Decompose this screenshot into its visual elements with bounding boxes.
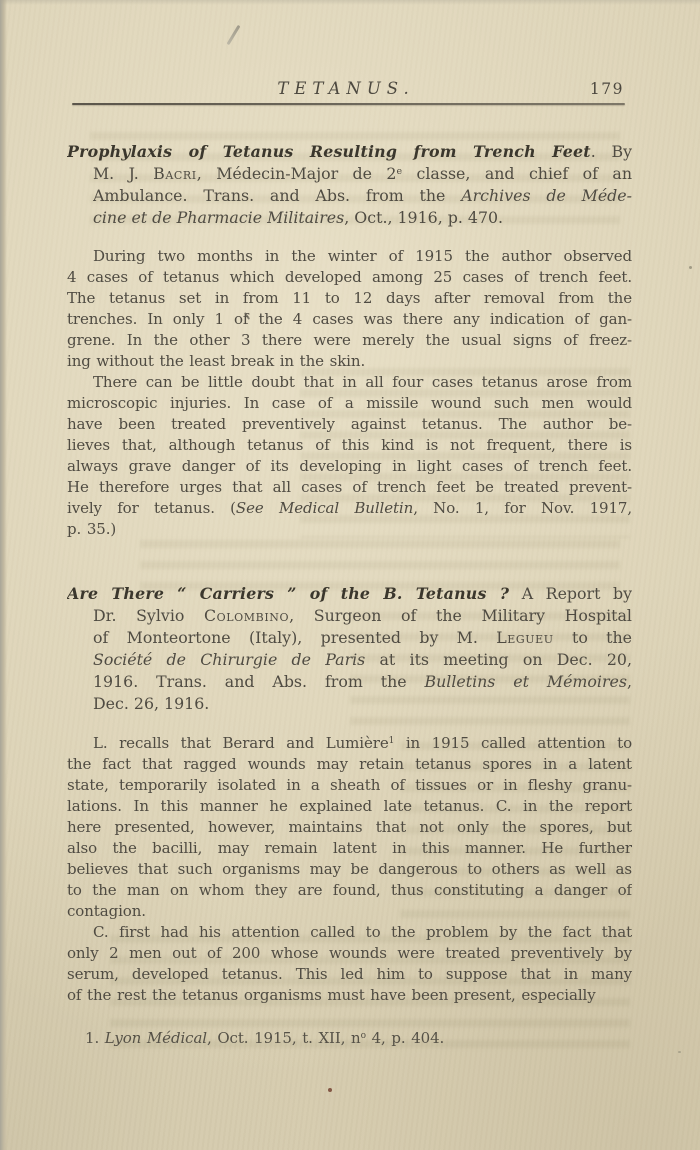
text-line: grene. In the other 3 there were merely … xyxy=(67,330,632,351)
text-line: the fact that ragged wounds may retain t… xyxy=(67,754,632,775)
text-line: Ambulance. Trans. and Abs. from the Arch… xyxy=(93,185,632,207)
article-carriers-b-tetanus: Are There “ Carriers ” of the B. Tetanus… xyxy=(67,583,632,1006)
text-line: M. J. Bacri, Médecin-Major de 2e classe,… xyxy=(93,163,632,185)
pencil-slash-mark xyxy=(227,25,241,45)
paper-speck xyxy=(689,266,692,269)
text-line: lieves that, although tetanus of this ki… xyxy=(67,435,632,456)
text-line: 1916. Trans. and Abs. from the Bulletins… xyxy=(93,671,632,693)
paragraph-1: During two months in the winter of 1915 … xyxy=(67,246,632,372)
text-line: of the rest the tetanus organisms must h… xyxy=(67,985,632,1006)
scan-edge-shadow-top xyxy=(0,0,700,5)
page-number: 179 xyxy=(590,80,624,98)
text-line: C. first had his attention called to the… xyxy=(67,922,632,943)
text-line: The tetanus set in from 11 to 12 days af… xyxy=(67,288,632,309)
scan-edge-shadow-left xyxy=(0,0,7,1150)
text-line: During two months in the winter of 1915 … xyxy=(67,246,632,267)
text-line: Société de Chirurgie de Paris at its mee… xyxy=(93,649,632,671)
text-line: also the bacilli, may remain latent in t… xyxy=(67,838,632,859)
text-line: lations. In this manner he explained lat… xyxy=(67,796,632,817)
running-head: TETANUS. 179 xyxy=(67,79,625,101)
entry-heading-carriers: Are There “ Carriers ” of the B. Tetanus… xyxy=(67,583,632,715)
text-line: 4 cases of tetanus which developed among… xyxy=(67,267,632,288)
text-line: 1. Lyon Médical, Oct. 1915, t. XII, no 4… xyxy=(67,1028,627,1049)
text-line: Prophylaxis of Tetanus Resulting from Tr… xyxy=(67,141,632,163)
text-line: There can be little doubt that in all fo… xyxy=(67,372,632,393)
ink-spot xyxy=(328,1088,332,1092)
text-line: always grave danger of its developing in… xyxy=(67,456,632,477)
text-line: Dec. 26, 1916. xyxy=(93,693,632,715)
footnote: 1. Lyon Médical, Oct. 1915, t. XII, no 4… xyxy=(67,1028,627,1049)
text-line: ing without the least break in the skin. xyxy=(67,351,632,372)
text-line: He therefore urges that all cases of tre… xyxy=(67,477,632,498)
scanned-book-page: TETANUS. 179 Prophylaxis of Tetanus Resu… xyxy=(0,0,700,1150)
text-line: contagion. xyxy=(67,901,632,922)
text-line: to the man on whom they are found, thus … xyxy=(67,880,632,901)
footnote-line: 1. Lyon Médical, Oct. 1915, t. XII, no 4… xyxy=(67,1028,627,1049)
header-rule xyxy=(72,103,625,105)
text-line: microscopic injuries. In case of a missi… xyxy=(67,393,632,414)
text-line: of Monteortone (Italy), presented by M. … xyxy=(93,627,632,649)
text-line: state, temporarily isolated in a sheath … xyxy=(67,775,632,796)
text-line: Dr. Sylvio Colombino, Surgeon of the Mil… xyxy=(93,605,632,627)
text-line: trenches. In only 1 of the 4 cases was t… xyxy=(67,309,632,330)
text-line: ively for tetanus. (See Medical Bulletin… xyxy=(67,498,632,519)
paragraph-3: L. recalls that Berard and Lumière1 in 1… xyxy=(67,733,632,922)
paragraph-2: There can be little doubt that in all fo… xyxy=(67,372,632,540)
text-line: L. recalls that Berard and Lumière1 in 1… xyxy=(67,733,632,754)
text-line: Are There “ Carriers ” of the B. Tetanus… xyxy=(67,583,632,605)
text-line: serum, developed tetanus. This led him t… xyxy=(67,964,632,985)
article-prophylaxis-trench-feet: Prophylaxis of Tetanus Resulting from Tr… xyxy=(67,141,632,540)
running-head-title: TETANUS. xyxy=(277,79,414,98)
text-line: only 2 men out of 200 whose wounds were … xyxy=(67,943,632,964)
text-line: cine et de Pharmacie Militaires, Oct., 1… xyxy=(93,207,632,229)
text-line: have been treated preventively against t… xyxy=(67,414,632,435)
paragraph-4: C. first had his attention called to the… xyxy=(67,922,632,1006)
text-line: here presented, however, maintains that … xyxy=(67,817,632,838)
text-line: believes that such organisms may be dang… xyxy=(67,859,632,880)
text-line: p. 35.) xyxy=(67,519,632,540)
entry-heading-prophylaxis: Prophylaxis of Tetanus Resulting from Tr… xyxy=(67,141,632,229)
paper-speck xyxy=(678,1051,681,1053)
